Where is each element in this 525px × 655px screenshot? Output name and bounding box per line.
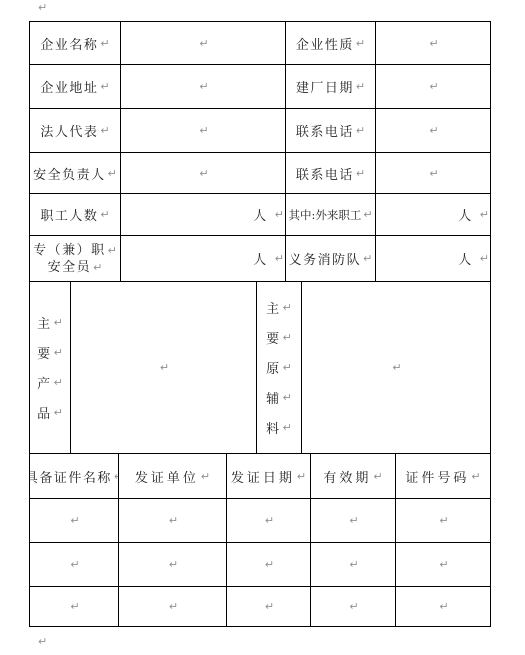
cert-name-cell[interactable]: ↵ — [30, 499, 119, 542]
cert-number-cell[interactable]: ↵ — [396, 543, 490, 586]
paragraph-mark: ↵ — [199, 81, 208, 92]
paragraph-mark: ↵ — [100, 125, 109, 136]
label-text: 企业地址 — [40, 77, 98, 96]
volunteer-fire-brigade-label: 义务消防队↵ — [286, 236, 376, 281]
validity-period-cell[interactable]: ↵ — [311, 587, 396, 626]
paragraph-mark: ↵ — [100, 209, 109, 220]
paragraph-mark: ↵ — [297, 471, 306, 482]
employee-count-label: 职工人数↵ — [30, 194, 121, 235]
label-text: 安全负责人 — [33, 164, 106, 183]
paragraph-mark: ↵ — [283, 422, 292, 433]
migrant-workers-value[interactable]: 人↵ — [376, 194, 490, 235]
paragraph-mark: ↵ — [363, 209, 372, 220]
paragraph-mark: ↵ — [349, 601, 358, 612]
safety-director-label: 安全负责人↵ — [30, 153, 121, 193]
enterprise-name-label: 企业名称↵ — [30, 22, 121, 64]
cert-number-cell[interactable]: ↵ — [396, 587, 490, 626]
cert-header-row: 具备证件名称↵ 发证单位↵ 发证日期↵ 有效期↵ 证件号码↵ — [30, 454, 490, 499]
label-text: 品 — [37, 403, 52, 422]
issue-date-cell[interactable]: ↵ — [227, 499, 311, 542]
issuing-unit-cell[interactable]: ↵ — [119, 543, 227, 586]
label-text: 原 — [266, 358, 281, 377]
label-text: 义务消防队 — [289, 249, 362, 268]
paragraph-mark: ↵ — [283, 302, 292, 313]
table-row: 企业地址↵ ↵ 建厂日期↵ ↵ — [30, 65, 490, 109]
paragraph-mark: ↵ — [429, 81, 438, 92]
enterprise-name-value[interactable]: ↵ — [121, 22, 286, 64]
contact-phone-value[interactable]: ↵ — [376, 109, 490, 152]
contact-phone2-label: 联系电话↵ — [286, 153, 376, 193]
label-text: 其中:外来职工 — [288, 207, 361, 223]
validity-period-cell[interactable]: ↵ — [311, 499, 396, 542]
table-row: 企业名称↵ ↵ 企业性质↵ ↵ — [30, 22, 490, 65]
main-materials-value[interactable]: ↵ — [302, 282, 490, 453]
unit-text: 人 — [253, 249, 268, 268]
issue-date-cell[interactable]: ↵ — [227, 587, 311, 626]
cert-row: ↵ ↵ ↵ ↵ ↵ — [30, 499, 490, 543]
paragraph-mark: ↵ — [439, 515, 448, 526]
paragraph-mark: ↵ — [265, 515, 274, 526]
header-text: 具备证件名称 — [30, 467, 112, 486]
paragraph-mark: ↵ — [275, 209, 284, 220]
paragraph-mark: ↵ — [349, 559, 358, 570]
main-materials-label: 主↵ 要↵ 原↵ 辅↵ 料↵ — [257, 282, 302, 453]
paragraph-mark: ↵ — [100, 81, 109, 92]
paragraph-mark: ↵ — [54, 407, 63, 418]
factory-date-label: 建厂日期↵ — [286, 65, 376, 108]
table-row: 专（兼）职↵ 安全员↵ 人↵ 义务消防队↵ 人↵ — [30, 236, 490, 282]
label-text: 联系电话 — [296, 164, 354, 183]
label-line: 安全员↵ — [48, 259, 103, 276]
unit-text: 人 — [458, 205, 473, 224]
table-row: 安全负责人↵ ↵ 联系电话↵ ↵ — [30, 153, 490, 194]
safety-officer-value[interactable]: 人↵ — [121, 236, 286, 281]
label-line: 主↵ — [266, 293, 292, 323]
cert-number-cell[interactable]: ↵ — [396, 499, 490, 542]
paragraph-mark: ↵ — [429, 125, 438, 136]
cert-name-cell[interactable]: ↵ — [30, 587, 119, 626]
paragraph-mark: ↵ — [38, 636, 47, 647]
contact-phone2-value[interactable]: ↵ — [376, 153, 490, 193]
paragraph-mark: ↵ — [169, 559, 178, 570]
paragraph-mark: ↵ — [471, 471, 480, 482]
label-line: 专（兼）职↵ — [33, 242, 117, 259]
paragraph-mark: ↵ — [70, 515, 79, 526]
cert-number-header: 证件号码↵ — [396, 454, 490, 498]
paragraph-mark: ↵ — [201, 471, 210, 482]
main-products-value[interactable]: ↵ — [71, 282, 257, 453]
enterprise-info-table: 企业名称↵ ↵ 企业性质↵ ↵ 企业地址↵ ↵ 建厂日期↵ — [29, 21, 491, 627]
paragraph-mark: ↵ — [356, 38, 365, 49]
migrant-workers-label: 其中:外来职工↵ — [286, 194, 376, 235]
label-text: 要 — [37, 343, 52, 362]
label-text: 安全员 — [48, 259, 92, 276]
paragraph-mark: ↵ — [439, 559, 448, 570]
table-row: 法人代表↵ ↵ 联系电话↵ ↵ — [30, 109, 490, 153]
label-text: 企业性质 — [296, 34, 354, 53]
legal-representative-value[interactable]: ↵ — [121, 109, 286, 152]
unit-text: 人 — [458, 249, 473, 268]
validity-period-cell[interactable]: ↵ — [311, 543, 396, 586]
label-text: 产 — [37, 373, 52, 392]
safety-officer-label: 专（兼）职↵ 安全员↵ — [30, 236, 121, 281]
legal-representative-label: 法人代表↵ — [30, 109, 121, 152]
paragraph-mark: ↵ — [54, 377, 63, 388]
label-line: 品↵ — [37, 398, 63, 428]
header-text: 发证日期 — [231, 467, 295, 486]
label-text: 料 — [266, 418, 281, 437]
contact-phone-label: 联系电话↵ — [286, 109, 376, 152]
paragraph-mark: ↵ — [38, 2, 47, 13]
cert-name-cell[interactable]: ↵ — [30, 543, 119, 586]
enterprise-nature-value[interactable]: ↵ — [376, 22, 490, 64]
cert-row: ↵ ↵ ↵ ↵ ↵ — [30, 587, 490, 626]
label-line: 主↵ — [37, 308, 63, 338]
paragraph-mark: ↵ — [283, 392, 292, 403]
label-text: 建厂日期 — [296, 77, 354, 96]
paragraph-mark: ↵ — [356, 168, 365, 179]
paragraph-mark: ↵ — [54, 317, 63, 328]
paragraph-mark: ↵ — [480, 253, 489, 264]
paragraph-mark: ↵ — [429, 168, 438, 179]
paragraph-mark: ↵ — [392, 362, 401, 373]
issue-date-cell[interactable]: ↵ — [227, 543, 311, 586]
unit-text: 人 — [253, 205, 268, 224]
paragraph-mark: ↵ — [275, 253, 284, 264]
paragraph-mark: ↵ — [356, 125, 365, 136]
employee-count-value[interactable]: 人↵ — [121, 194, 286, 235]
paragraph-mark: ↵ — [356, 81, 365, 92]
paragraph-mark: ↵ — [54, 347, 63, 358]
label-text: 职工人数 — [40, 205, 98, 224]
paragraph-mark: ↵ — [93, 262, 102, 273]
label-text: 主 — [37, 313, 52, 332]
validity-period-header: 有效期↵ — [311, 454, 396, 498]
paragraph-mark: ↵ — [70, 559, 79, 570]
paragraph-mark: ↵ — [480, 209, 489, 220]
label-text: 要 — [266, 328, 281, 347]
paragraph-mark: ↵ — [70, 601, 79, 612]
paragraph-mark: ↵ — [169, 515, 178, 526]
enterprise-nature-label: 企业性质↵ — [286, 22, 376, 64]
paragraph-mark: ↵ — [199, 168, 208, 179]
document-page: ↵ 企业名称↵ ↵ 企业性质↵ ↵ 企业地址↵ ↵ — [0, 0, 525, 655]
label-text: 企业名称 — [40, 34, 98, 53]
issuing-unit-header: 发证单位↵ — [119, 454, 227, 498]
paragraph-mark: ↵ — [283, 362, 292, 373]
label-line: 要↵ — [266, 323, 292, 353]
paragraph-mark: ↵ — [108, 245, 117, 256]
paragraph-mark: ↵ — [169, 601, 178, 612]
table-row: 主↵ 要↵ 产↵ 品↵ ↵ 主↵ 要↵ 原↵ 辅↵ 料↵ ↵ — [30, 282, 490, 454]
safety-director-value[interactable]: ↵ — [121, 153, 286, 193]
volunteer-fire-brigade-value[interactable]: 人↵ — [376, 236, 490, 281]
cert-name-header: 具备证件名称↵ — [30, 454, 119, 498]
paragraph-mark: ↵ — [265, 559, 274, 570]
cert-row: ↵ ↵ ↵ ↵ ↵ — [30, 543, 490, 587]
paragraph-mark: ↵ — [373, 471, 382, 482]
paragraph-mark: ↵ — [199, 38, 208, 49]
issuing-unit-cell[interactable]: ↵ — [119, 499, 227, 542]
paragraph-mark: ↵ — [439, 601, 448, 612]
header-text: 发证单位 — [135, 467, 199, 486]
label-line: 料↵ — [266, 413, 292, 443]
issuing-unit-cell[interactable]: ↵ — [119, 587, 227, 626]
label-text: 专（兼）职 — [33, 242, 106, 259]
paragraph-mark: ↵ — [100, 38, 109, 49]
enterprise-address-value[interactable]: ↵ — [121, 65, 286, 108]
paragraph-mark: ↵ — [429, 38, 438, 49]
paragraph-mark: ↵ — [363, 253, 372, 264]
enterprise-address-label: 企业地址↵ — [30, 65, 121, 108]
label-line: 产↵ — [37, 368, 63, 398]
paragraph-mark: ↵ — [265, 601, 274, 612]
paragraph-mark: ↵ — [160, 362, 169, 373]
label-text: 辅 — [266, 388, 281, 407]
label-text: 法人代表 — [40, 121, 98, 140]
header-text: 证件号码 — [405, 467, 469, 486]
label-line: 辅↵ — [266, 383, 292, 413]
header-text: 有效期 — [323, 467, 371, 486]
table-row: 职工人数↵ 人↵ 其中:外来职工↵ 人↵ — [30, 194, 490, 236]
label-line: 原↵ — [266, 353, 292, 383]
paragraph-mark: ↵ — [108, 168, 117, 179]
paragraph-mark: ↵ — [199, 125, 208, 136]
label-text: 联系电话 — [296, 121, 354, 140]
issue-date-header: 发证日期↵ — [227, 454, 311, 498]
paragraph-mark: ↵ — [283, 332, 292, 343]
label-line: 要↵ — [37, 338, 63, 368]
main-products-label: 主↵ 要↵ 产↵ 品↵ — [30, 282, 71, 453]
factory-date-value[interactable]: ↵ — [376, 65, 490, 108]
label-text: 主 — [266, 298, 281, 317]
paragraph-mark: ↵ — [349, 515, 358, 526]
